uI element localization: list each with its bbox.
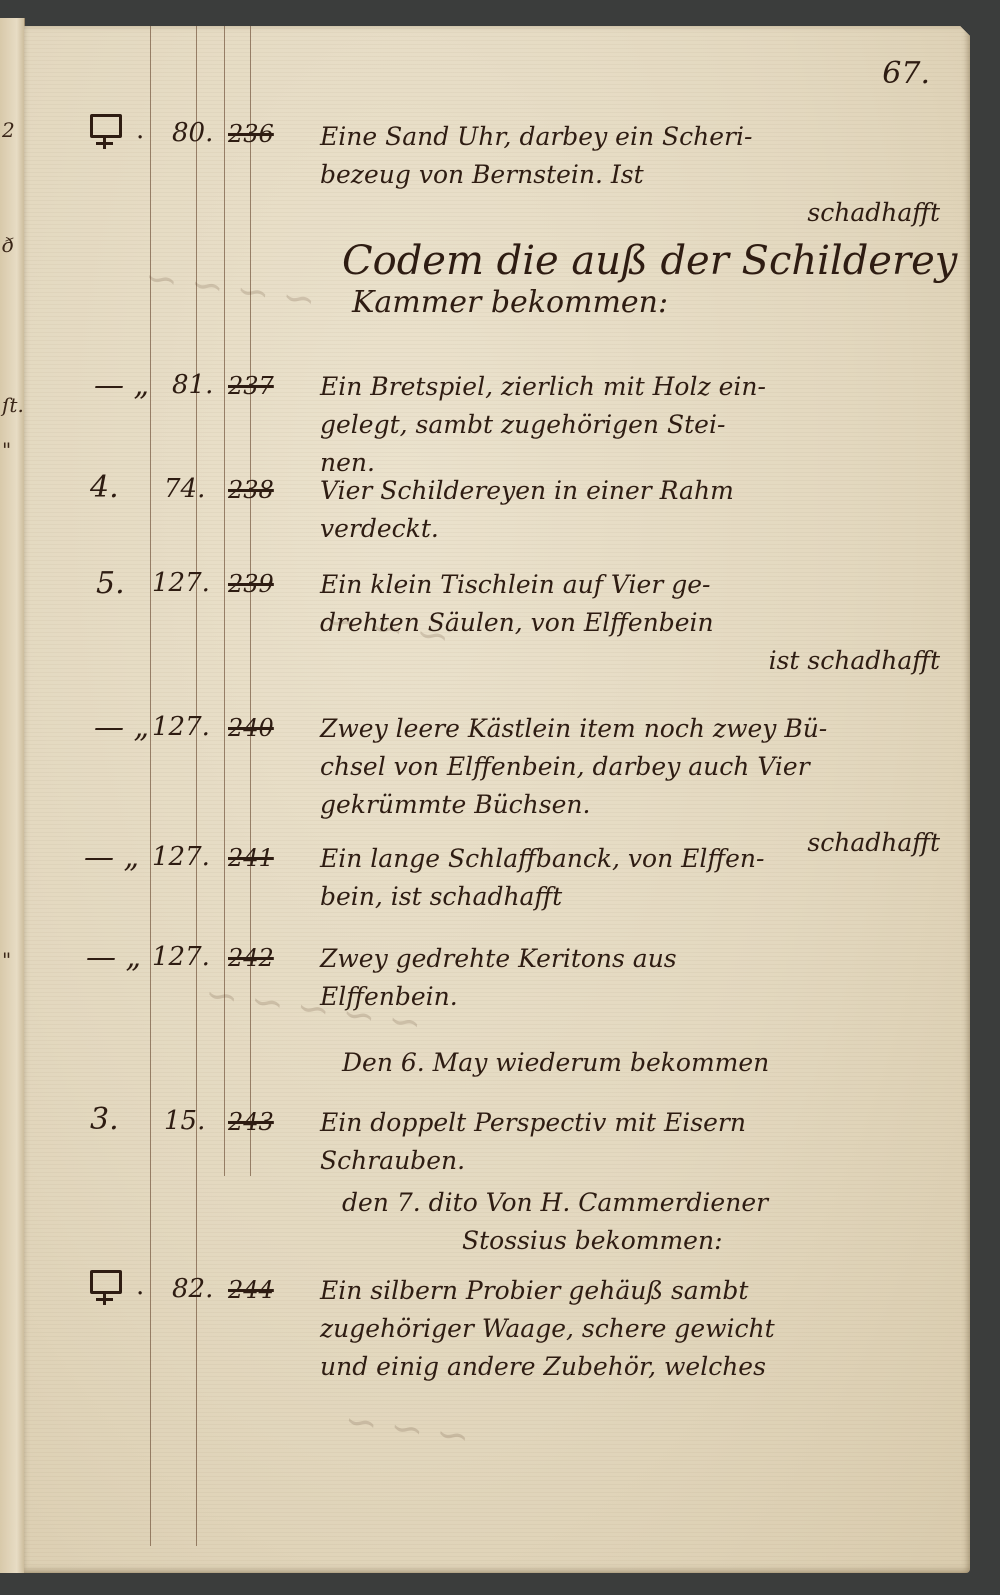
- entry-number: 127.: [152, 712, 210, 742]
- section-heading: Codem die auß der Schilderey Kammer beko…: [342, 240, 962, 324]
- previous-page-edge: 2 ð ſt. " ": [0, 18, 25, 1573]
- entry-number: 74.: [164, 474, 205, 504]
- entry-margin-mark: .: [90, 1270, 144, 1301]
- old-entry-number: 240: [228, 714, 274, 742]
- old-entry-number: 244: [228, 1276, 274, 1304]
- entry-margin-mark: — „: [94, 368, 149, 403]
- entry-number: 127.: [152, 568, 210, 598]
- date-subheading: Den 6. May wiederum bekommen: [342, 1044, 982, 1082]
- previous-page-mark: ": [2, 438, 11, 462]
- entry-margin-mark: .: [90, 114, 144, 145]
- entry-margin-mark: 5.: [96, 566, 125, 601]
- folio-number: 67.: [882, 56, 930, 91]
- entry-number: 81.: [172, 370, 213, 400]
- manuscript-page: ~ ~ ~ ~ ~ ~ ~ ~ ~ ~ ~ ~ ~ ~ ~ 67. . 80. …: [24, 26, 970, 1573]
- old-entry-number: 241: [228, 844, 274, 872]
- entry-number: 15.: [164, 1106, 205, 1136]
- entry-number: 127.: [152, 942, 210, 972]
- entry-number: 82.: [172, 1274, 213, 1304]
- planet-symbol-icon: [90, 1270, 122, 1294]
- entry-margin-mark: 3.: [90, 1102, 119, 1137]
- old-entry-number: 243: [228, 1108, 274, 1136]
- date-subheading: den 7. dito Von H. Cammerdiener Stossius…: [342, 1184, 982, 1260]
- entry-description: Ein lange Schlaffbanck, von Elffen- bein…: [320, 840, 960, 916]
- entry-number: 80.: [172, 118, 213, 148]
- previous-page-mark: ſt.: [2, 393, 24, 417]
- old-entry-number: 242: [228, 944, 274, 972]
- ink-bleed-through: ~ ~ ~ ~: [142, 254, 319, 324]
- entry-margin-mark: — „: [94, 710, 149, 745]
- previous-page-mark: 2: [2, 118, 15, 142]
- entry-description: Eine Sand Uhr, darbey ein Scheri- bezeug…: [320, 118, 960, 232]
- old-entry-number: 236: [228, 120, 274, 148]
- column-rule: [196, 26, 197, 1546]
- old-entry-number: 239: [228, 570, 274, 598]
- entry-description: Zwey gedrehte Keritons aus Elffenbein.: [320, 940, 960, 1016]
- entry-description: Ein klein Tischlein auf Vier ge- drehten…: [320, 566, 960, 680]
- ink-bleed-through: ~ ~ ~: [341, 1397, 472, 1460]
- old-entry-number: 237: [228, 372, 274, 400]
- entry-margin-mark: — „: [84, 840, 139, 875]
- entry-margin-mark: — „: [86, 940, 141, 975]
- entry-description: Ein silbern Probier gehäuß sambt zugehör…: [320, 1272, 960, 1386]
- old-entry-number: 238: [228, 476, 274, 504]
- previous-page-mark: ": [2, 948, 11, 972]
- previous-page-mark: ð: [2, 233, 14, 257]
- planet-symbol-icon: [90, 114, 122, 138]
- entry-margin-mark: 4.: [90, 470, 119, 505]
- entry-description: Ein doppelt Perspectiv mit Eisern Schrau…: [320, 1104, 960, 1180]
- entry-description: Ein Bretspiel, zierlich mit Holz ein- ge…: [320, 368, 960, 482]
- entry-number: 127.: [152, 842, 210, 872]
- entry-description: Vier Schildereyen in einer Rahm verdeckt…: [320, 472, 960, 548]
